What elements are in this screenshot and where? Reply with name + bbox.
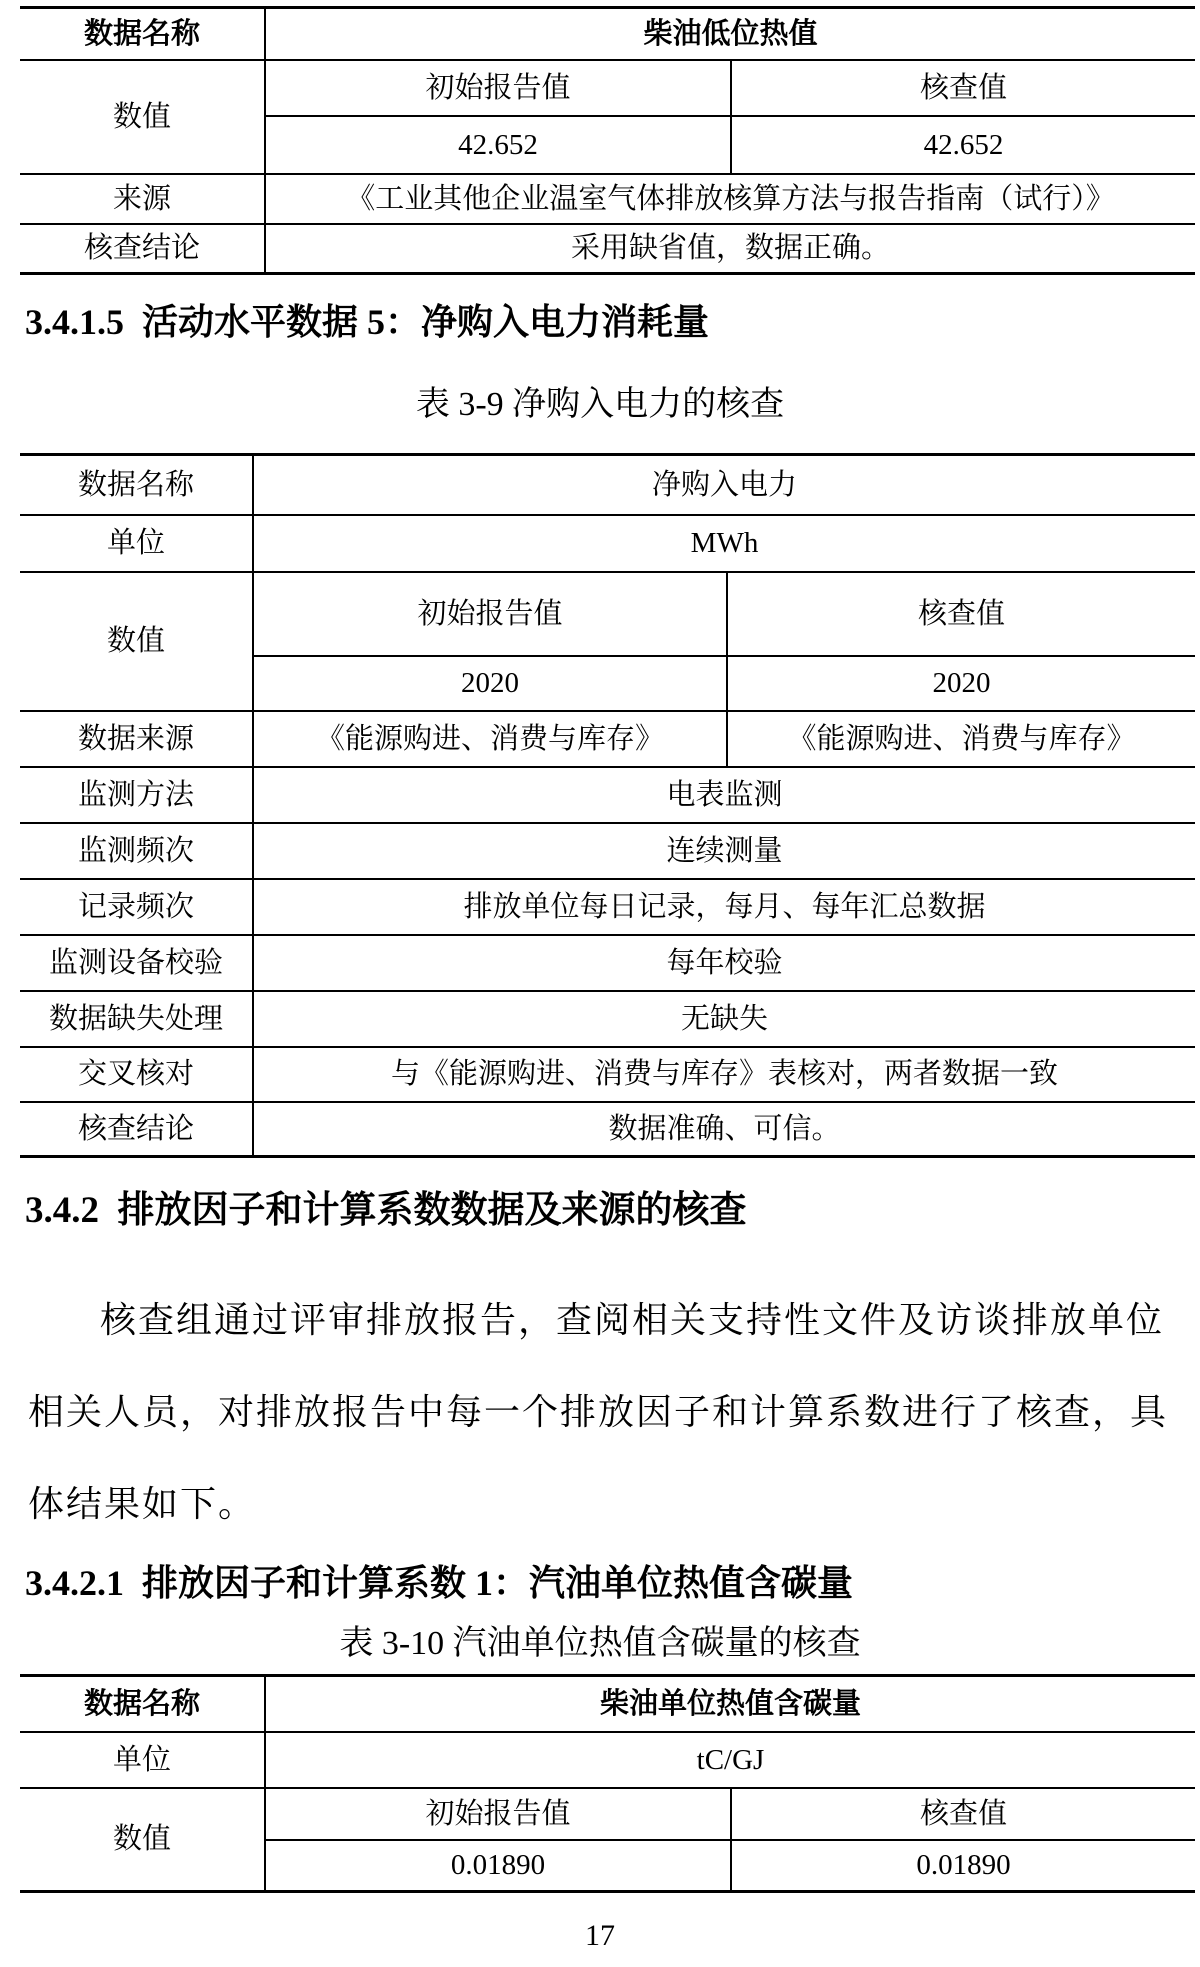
monitor-freq-label: 监测频次: [20, 823, 253, 879]
table-row: 数值 初始报告值 核查值: [20, 1788, 1195, 1840]
table-row: 监测频次 连续测量: [20, 823, 1195, 879]
data-name-value: 柴油单位热值含碳量: [265, 1676, 1195, 1732]
table-row: 数据名称 净购入电力: [20, 455, 1195, 515]
source-label: 来源: [20, 174, 265, 224]
table-row: 交叉核对 与《能源购进、消费与库存》表核对，两者数据一致: [20, 1047, 1195, 1102]
table-3-10-caption: 表 3-10 汽油单位热值含碳量的核查: [0, 1622, 1200, 1666]
initial-report-label: 初始报告值: [265, 1788, 731, 1840]
calibration-label: 监测设备校验: [20, 935, 253, 991]
source-value: 《工业其他企业温室气体排放核算方法与报告指南（试行）》: [265, 174, 1195, 224]
value-label: 数值: [20, 60, 265, 174]
crosscheck-label: 交叉核对: [20, 1047, 253, 1102]
table-row: 核查结论 采用缺省值，数据正确。: [20, 224, 1195, 274]
value-label: 数值: [20, 1788, 265, 1892]
conclusion-label: 核查结论: [20, 224, 265, 274]
verified-label: 核查值: [731, 60, 1195, 116]
unit-label: 单位: [20, 1732, 265, 1788]
initial-report-value: 2020: [253, 656, 727, 711]
unit-value: tC/GJ: [265, 1732, 1195, 1788]
verified-label: 核查值: [727, 572, 1195, 656]
section-heading-3415: 3.4.1.5 活动水平数据 5：净购入电力消耗量: [25, 299, 1200, 345]
body-paragraph: 核查组通过评审排放报告，查阅相关支持性文件及访谈排放单位 相关人员，对排放报告中…: [28, 1274, 1172, 1550]
record-freq-label: 记录频次: [20, 879, 253, 935]
section-heading-342: 3.4.2 排放因子和计算系数数据及来源的核查: [25, 1188, 1200, 1234]
missing-data-label: 数据缺失处理: [20, 991, 253, 1047]
data-name-label: 数据名称: [20, 8, 265, 60]
page-number: 17: [0, 1919, 1200, 1953]
table-row: 核查结论 数据准确、可信。: [20, 1102, 1195, 1157]
table-row: 数据名称 柴油低位热值: [20, 8, 1195, 60]
conclusion-value: 采用缺省值，数据正确。: [265, 224, 1195, 274]
monitor-method-value: 电表监测: [253, 767, 1195, 823]
data-name-value: 净购入电力: [253, 455, 1195, 515]
value-label: 数值: [20, 572, 253, 711]
verified-value: 42.652: [731, 116, 1195, 174]
data-source-label: 数据来源: [20, 711, 253, 767]
initial-report-value: 0.01890: [265, 1840, 731, 1892]
monitor-freq-value: 连续测量: [253, 823, 1195, 879]
document-page: 数据名称 柴油低位热值 数值 初始报告值 核查值 42.652 42.652 来…: [0, 0, 1200, 1967]
section-heading-3421: 3.4.2.1 排放因子和计算系数 1：汽油单位热值含碳量: [25, 1560, 1200, 1606]
calibration-value: 每年校验: [253, 935, 1195, 991]
table-row: 记录频次 排放单位每日记录，每月、每年汇总数据: [20, 879, 1195, 935]
table-row: 数据名称 柴油单位热值含碳量: [20, 1676, 1195, 1732]
paragraph-line: 核查组通过评审排放报告，查阅相关支持性文件及访谈排放单位: [28, 1274, 1172, 1366]
verified-value: 0.01890: [731, 1840, 1195, 1892]
data-source-verified: 《能源购进、消费与库存》: [727, 711, 1195, 767]
table-diesel-ncv: 数据名称 柴油低位热值 数值 初始报告值 核查值 42.652 42.652 来…: [20, 6, 1195, 275]
data-name-label: 数据名称: [20, 455, 253, 515]
crosscheck-value: 与《能源购进、消费与库存》表核对，两者数据一致: [253, 1047, 1195, 1102]
unit-value: MWh: [253, 515, 1195, 572]
table-gasoline-cc: 数据名称 柴油单位热值含碳量 单位 tC/GJ 数值 初始报告值 核查值 0.0…: [20, 1674, 1195, 1893]
data-name-value: 柴油低位热值: [265, 8, 1195, 60]
monitor-method-label: 监测方法: [20, 767, 253, 823]
unit-label: 单位: [20, 515, 253, 572]
conclusion-value: 数据准确、可信。: [253, 1102, 1195, 1157]
initial-report-label: 初始报告值: [253, 572, 727, 656]
table-row: 数据缺失处理 无缺失: [20, 991, 1195, 1047]
data-name-label: 数据名称: [20, 1676, 265, 1732]
table-row: 监测方法 电表监测: [20, 767, 1195, 823]
record-freq-value: 排放单位每日记录，每月、每年汇总数据: [253, 879, 1195, 935]
table-row: 单位 tC/GJ: [20, 1732, 1195, 1788]
initial-report-value: 42.652: [265, 116, 731, 174]
table-row: 单位 MWh: [20, 515, 1195, 572]
table-3-9-caption: 表 3-9 净购入电力的核查: [0, 383, 1200, 427]
paragraph-line: 相关人员，对排放报告中每一个排放因子和计算系数进行了核查，具: [28, 1366, 1172, 1458]
table-row: 数值 初始报告值 核查值: [20, 572, 1195, 656]
paragraph-line: 体结果如下。: [28, 1458, 1172, 1550]
table-electricity: 数据名称 净购入电力 单位 MWh 数值 初始报告值 核查值 2020 2020…: [20, 453, 1195, 1158]
verified-label: 核查值: [731, 1788, 1195, 1840]
table-row: 监测设备校验 每年校验: [20, 935, 1195, 991]
table-row: 数据来源 《能源购进、消费与库存》 《能源购进、消费与库存》: [20, 711, 1195, 767]
table-row: 来源 《工业其他企业温室气体排放核算方法与报告指南（试行）》: [20, 174, 1195, 224]
initial-report-label: 初始报告值: [265, 60, 731, 116]
data-source-initial: 《能源购进、消费与库存》: [253, 711, 727, 767]
missing-data-value: 无缺失: [253, 991, 1195, 1047]
table-row: 数值 初始报告值 核查值: [20, 60, 1195, 116]
conclusion-label: 核查结论: [20, 1102, 253, 1157]
verified-value: 2020: [727, 656, 1195, 711]
